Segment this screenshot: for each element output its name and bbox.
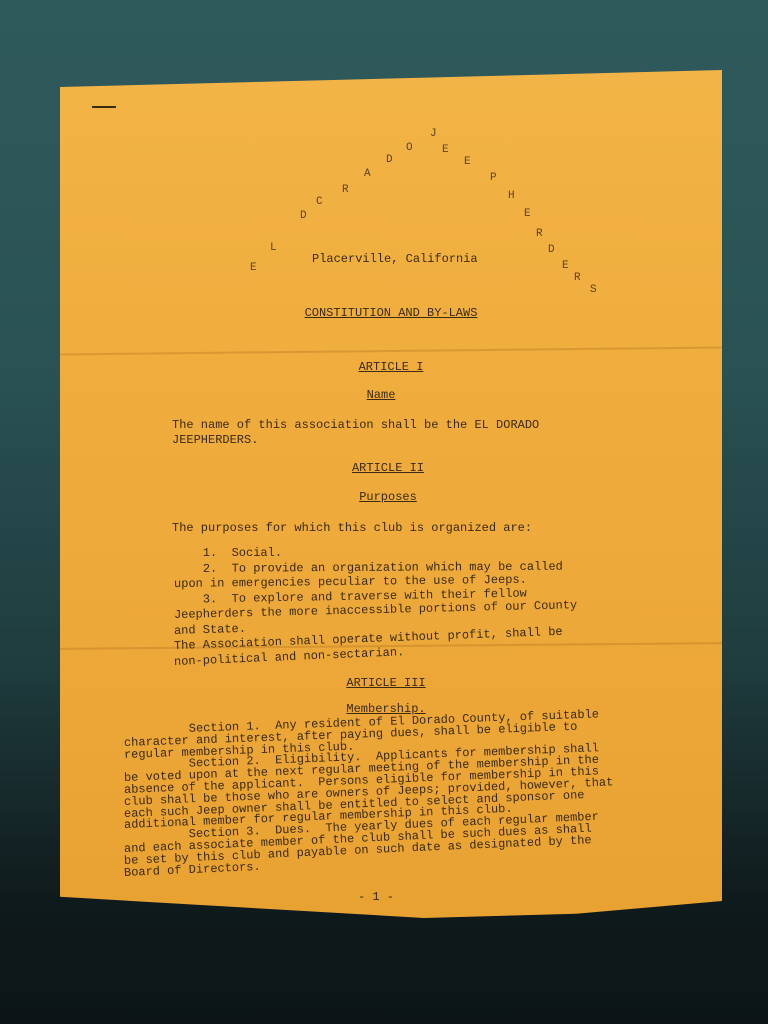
paper-fold (60, 347, 722, 356)
arch-letter: P (490, 172, 497, 184)
arch-letter: E (442, 144, 449, 156)
arch-letter: S (590, 284, 597, 296)
arch-letter: R (574, 272, 581, 284)
arch-letter: D (300, 210, 307, 222)
article-1-line: JEEPHERDERS. (172, 433, 258, 447)
article-1-subheading: Name (40, 388, 722, 402)
article-2-intro: The purposes for which this club is orga… (172, 521, 532, 535)
location: Placerville, California (312, 252, 478, 266)
document-title: CONSTITUTION AND BY-LAWS (60, 306, 722, 320)
arch-letter: H (508, 190, 515, 202)
arch-letter: R (342, 184, 349, 196)
arch-letter: E (524, 208, 531, 220)
arch-letter: E (562, 260, 569, 272)
article-2-subheading: Purposes (54, 490, 722, 504)
arch-letter: A (364, 168, 371, 180)
article-2-heading: ARTICLE II (54, 461, 722, 475)
arch-letter: J (430, 128, 437, 140)
arch-letter: C (316, 196, 323, 208)
article-1-heading: ARTICLE I (60, 360, 722, 374)
arch-letter: E (464, 156, 471, 168)
text-line: and State. (174, 621, 246, 637)
arch-letter: R (536, 228, 543, 240)
text-line: 1. Social. (174, 546, 282, 560)
arch-letter: D (548, 244, 555, 256)
arch-letter: O (406, 142, 413, 154)
article-1-line: The name of this association shall be th… (172, 418, 539, 432)
arch-letter: E (250, 262, 257, 274)
corner-mark (92, 106, 116, 108)
page-number: - 1 - (30, 890, 722, 904)
article-3-heading: ARTICLE III (50, 676, 722, 690)
arch-letter: D (386, 154, 393, 166)
arch-letter: L (270, 242, 277, 254)
typewritten-document-page: ELDCRADOJEEPHERDERS Placerville, Califor… (60, 70, 722, 918)
